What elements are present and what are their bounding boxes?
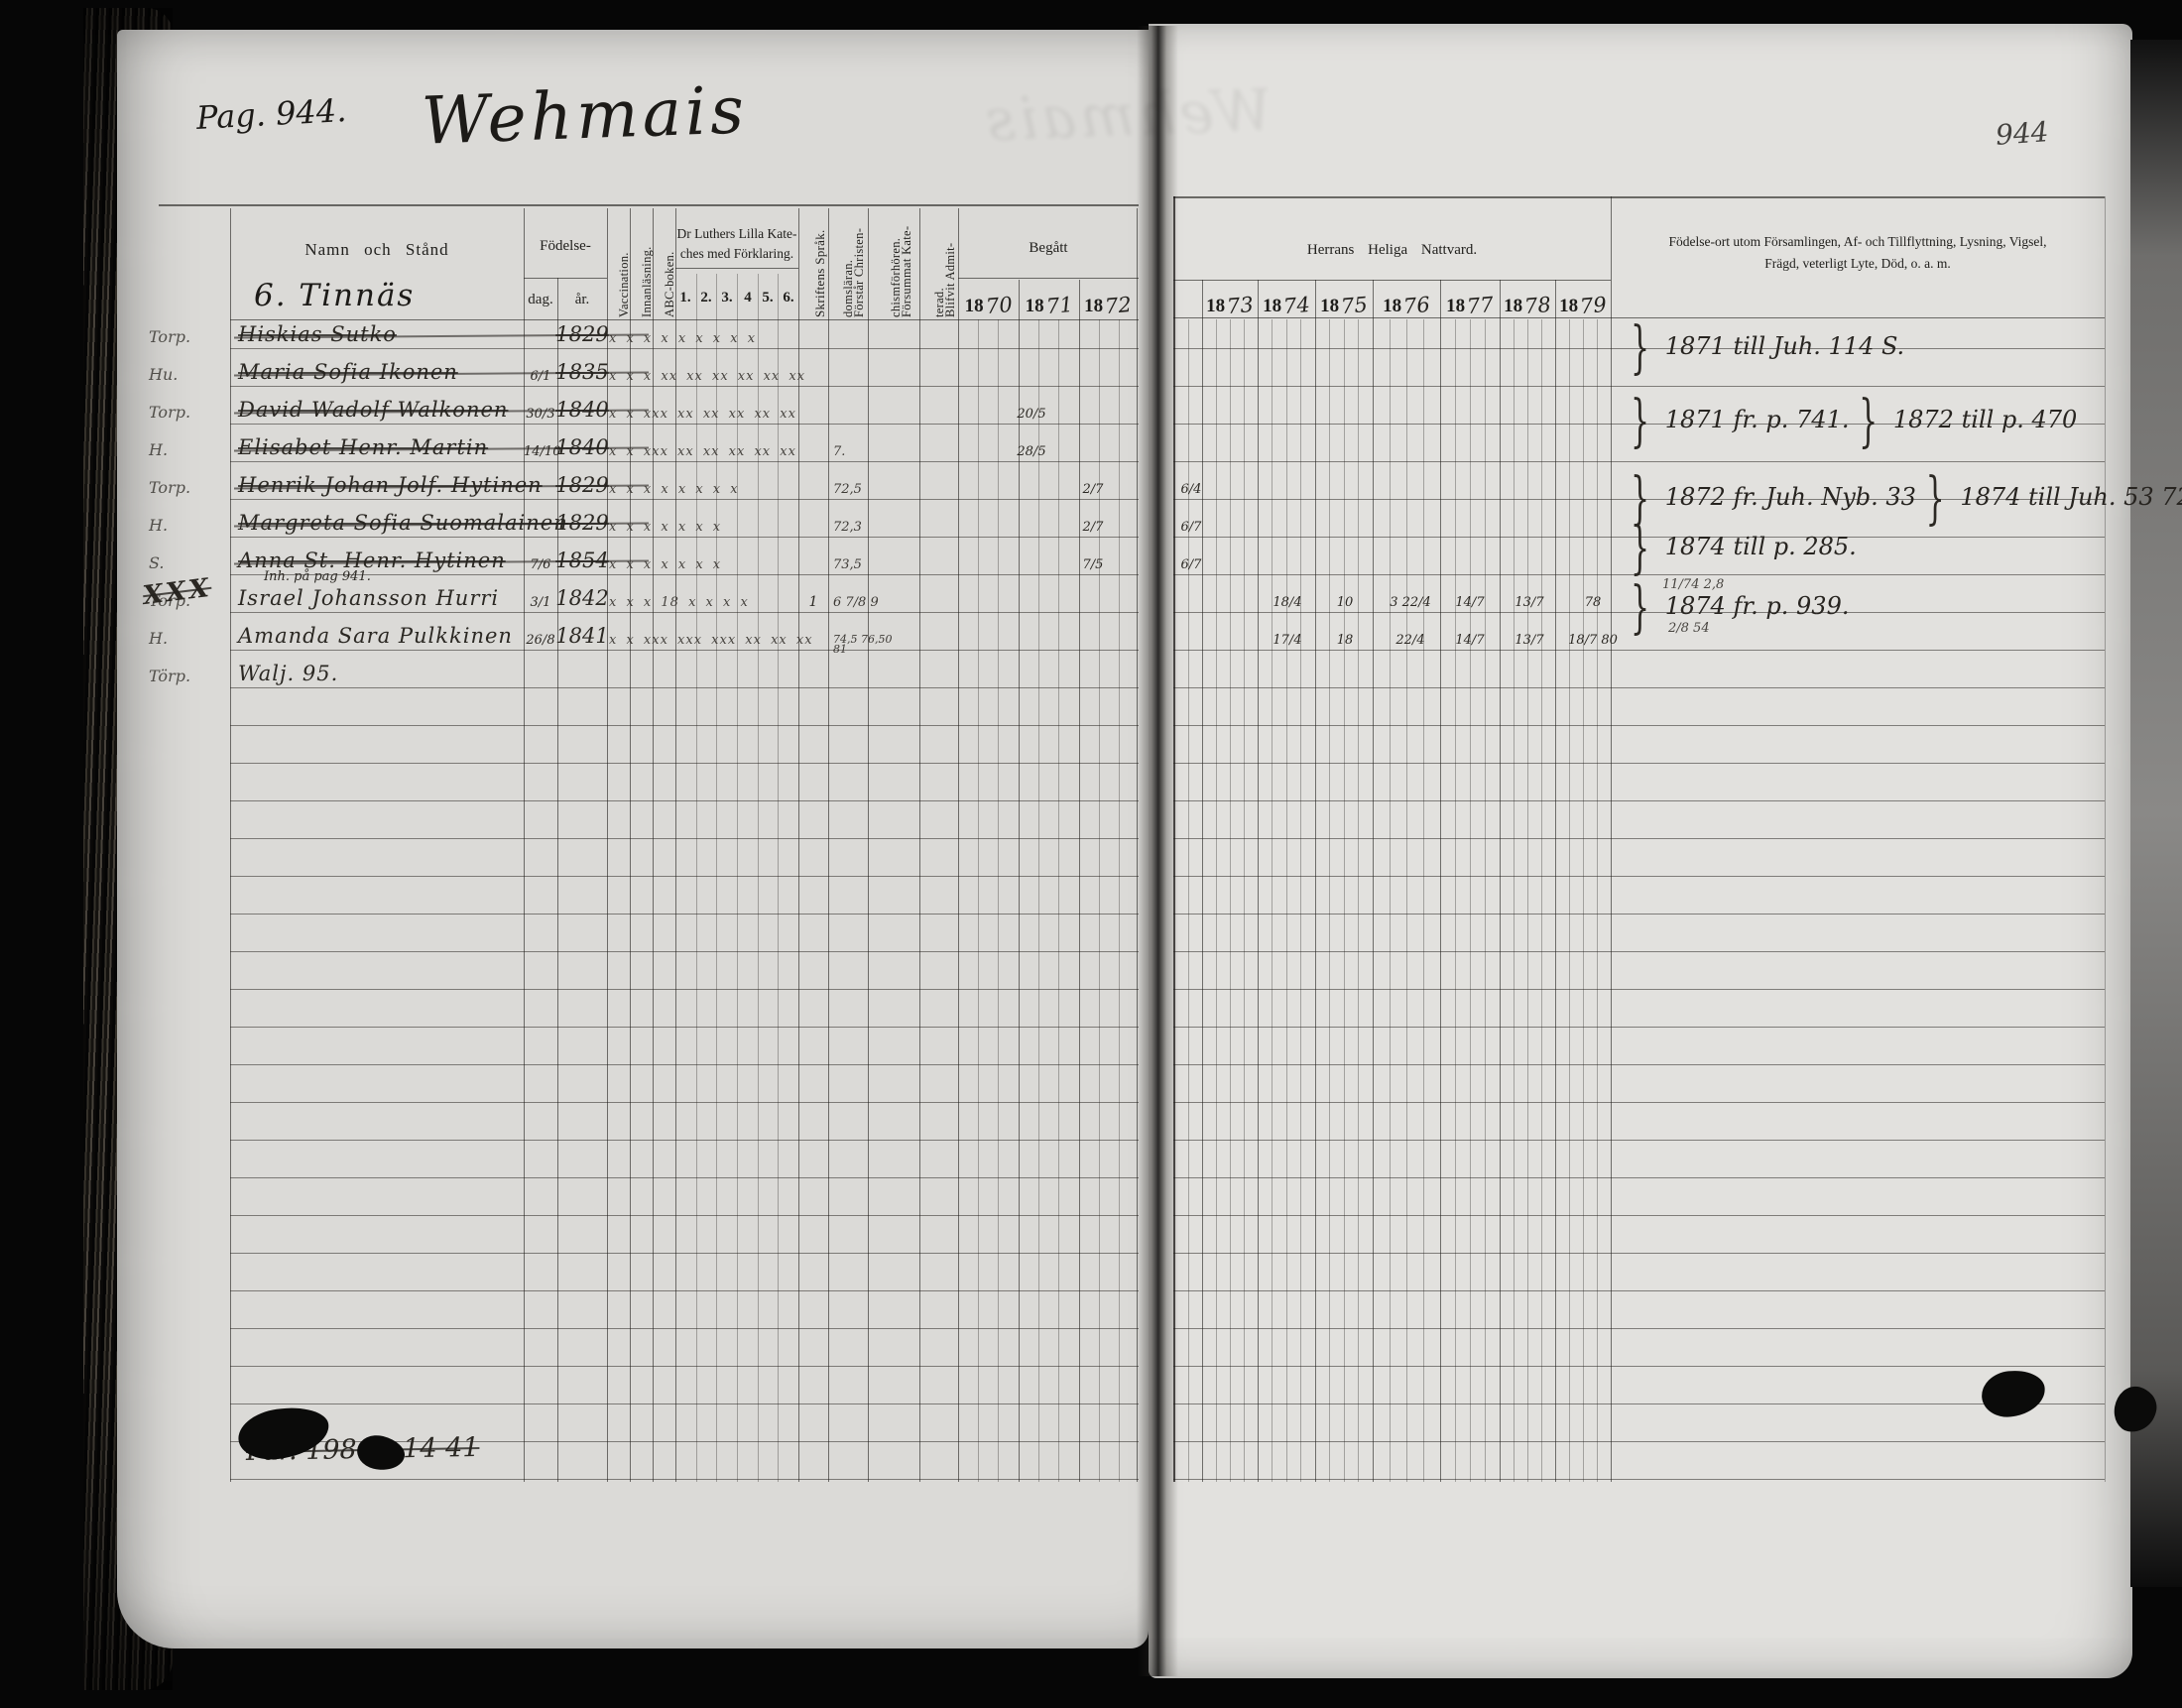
birth-year: 1829 [555,473,609,497]
annotation-small-above: 11/74 2,8 [1662,577,1724,592]
brace-mark: } [1631,516,1649,582]
annotation-text: 1872 till p. 470 [1893,406,2077,433]
communion-mark-1877: 14/7 [1446,633,1494,648]
column-header-catechism-line1: Dr Luthers Lilla Kate- [672,226,801,242]
reference-note: Inh. på pag 941. [264,569,371,584]
communion-mark-1879: 78 [1563,595,1623,610]
examination-note: 6 7/8 9 [833,595,916,610]
page-label: Pag. 944. [195,91,347,137]
birth-day: 6/1 [524,369,557,384]
annotation: } 1871 till Juh. 114 S. [1629,331,1904,366]
communion-mark-1871: 20/5 [1010,407,1053,422]
reading-marks: x x xxx xx xx xx xx xx [609,407,799,422]
communion-mark-1874: 17/4 [1264,633,1311,648]
communion-mark-1877: 14/7 [1446,595,1494,610]
catechism-col-6: 6. [779,290,798,306]
row-name: David Wadolf Walkonen [238,398,508,422]
column-header-neglected: Försummat Kate-chismförhören. [877,214,912,317]
column-header-holy-communion: Herrans Heliga Nattvard. [1173,242,1611,259]
birth-year: 1829 [555,322,609,346]
catechism-col-4: 4 [738,290,758,306]
reading-marks: x x x xx xx xx xx xx xx [609,369,799,384]
book-gutter [1137,26,1178,1676]
row-prefix: Torp. [149,478,228,497]
row-name: Maria Sofia Ikonen [238,360,458,384]
examination-note: 72,5 [833,482,916,497]
examination-note: 72,3 [833,520,916,535]
row-prefix: H. [149,629,228,648]
catechism-col-2: 2. [696,290,716,306]
annotation-small-below: 2/8 54 [1668,621,1710,636]
reading-marks: x x xxx xxx xxx xx xx xx [609,633,799,648]
annotation: } 1872 fr. Juh. Nyb. 33 } 1874 till Juh.… [1629,482,2182,517]
column-header-remarks-line1: Födelse-ort utom Församlingen, Af- och T… [1627,234,2089,250]
communion-mark-1873: 6/7 [1174,520,1208,535]
row-prefix: H. [149,516,228,535]
annotation: } 11/74 2,8 1874 fr. p. 939. 2/8 54 [1629,591,1849,626]
reading-marks: x x xxx xx xx xx xx xx [609,444,799,459]
reading-marks: x x x 18 x x x x [609,595,799,610]
row-prefix: Torp. [149,403,228,422]
communion-mark-1875: 10 [1323,595,1367,610]
birth-year: 1840 [555,435,609,459]
birth-day: 3/1 [524,595,557,610]
brace-mark: } [1631,575,1649,642]
column-header-admitted: Blifvit Admit-terad. [926,214,956,317]
communion-mark-1874: 18/4 [1264,595,1311,610]
annotation: } 1871 fr. p. 741. } 1872 till p. 470 [1629,405,2077,439]
communion-mark-1872: 2/7 [1073,482,1113,497]
communion-mark-1872: 7/5 [1073,557,1113,572]
communion-mark-1871: 28/5 [1010,444,1053,459]
column-header-vaccination: Vaccination. [610,214,630,317]
birth-day: 26/8 [524,633,557,648]
row-name: Walj. 95. [238,662,338,685]
column-header-birth-day: dag. [524,292,557,308]
row-name: Hiskias Sutko [238,322,397,346]
birth-day: 30/3 [524,407,557,422]
examination-note: 73,5 [833,557,916,572]
annotation-text: 1871 till Juh. 114 S. [1665,332,1904,360]
catechism-col-5: 5. [758,290,778,306]
row-name: Margreta Sofia Suomalainen [238,511,568,535]
birth-day: 14/10 [524,444,557,459]
scripture-mark: 1 [801,594,825,610]
catechism-col-3: 3. [717,290,737,306]
reading-marks: x x x x x x x x [609,482,799,497]
birth-year: 1842 [555,586,609,610]
section-label: 6. Tinnäs [254,278,415,313]
birth-year: 1835 [555,360,609,384]
column-header-birth: Födelse- [524,238,607,255]
column-header-scripture: Skriftens Språk. [805,214,825,317]
annotation-text: 1872 fr. Juh. Nyb. 33 [1665,483,1916,511]
communion-mark-1875: 18 [1323,633,1367,648]
brace-mark: } [1926,466,1945,533]
annotation-text: 1874 fr. p. 939. [1665,592,1850,620]
communion-mark-1876: 3 22/4 [1381,595,1440,610]
birth-year: 1841 [555,624,609,648]
communion-mark-1872: 2/7 [1073,520,1113,535]
communion-mark-1878: 13/7 [1506,633,1553,648]
communion-mark-1876: 22/4 [1381,633,1440,648]
row-name: Elisabet Henr. Martin [238,435,488,459]
register-row: H. Amanda Sara Pulkkinen 26/8 1841 x x x… [0,613,2182,651]
column-header-understands: Förstår Christen-domsläran. [833,214,865,317]
reading-marks: x x x x x x x x x [609,331,799,346]
catechism-col-1: 1. [675,290,695,306]
page-number-right: 944 [1995,115,2050,152]
reading-marks: x x x x x x x [609,557,799,572]
row-prefix: S. [149,553,228,572]
brace-mark: } [1631,315,1649,382]
column-header-communion-begun: Begått [958,240,1139,257]
annotation-text: 1874 till p. 285. [1665,533,1857,560]
annotation: } 1874 till p. 285. [1629,532,1857,566]
column-header-catechism-line2: ches med Förklaring. [672,246,801,262]
column-header-birth-year: år. [557,292,607,308]
birth-year: 1854 [555,549,609,572]
birth-year: 1840 [555,398,609,422]
reading-marks: x x x x x x x [609,520,799,535]
communion-mark-1878: 13/7 [1506,595,1553,610]
communion-mark-1873: 6/4 [1174,482,1208,497]
page-title: Wehmais [421,71,749,159]
row-prefix: H. [149,440,228,459]
row-prefix: Torp. [149,327,228,346]
communion-mark-1873: 6/7 [1174,557,1208,572]
register-row: Törp. Walj. 95. [0,651,2182,688]
row-name: Henrik Johan Jolf. Hytinen [238,473,543,497]
brace-mark: } [1631,389,1649,455]
scanned-register-page: Pag. 944. Wehmais Wehmais 944 [0,0,2182,1708]
scanner-background [2130,40,2182,1587]
examination-note: 7. [833,444,916,459]
annotation-text: 1871 fr. p. 741. [1665,406,1850,433]
row-name: Amanda Sara Pulkkinen [238,624,513,648]
column-header-name: Namn och Stånd [230,240,524,260]
column-header-reading: Innanläsning. [633,214,653,317]
title-bleed-through: Wehmais [981,76,1273,154]
row-prefix: Hu. [149,365,228,384]
brace-mark: } [1859,389,1878,455]
annotation-text: 1874 till Juh. 53 72. [1960,483,2182,511]
row-name: Israel Johansson Hurri [238,586,499,610]
row-prefix: Törp. [149,667,228,685]
communion-mark-1879: 18/7 80 [1563,633,1623,648]
birth-day: 7/6 [524,557,557,572]
column-header-remarks-line2: Frägd, veterligt Lyte, Död, o. a. m. [1627,256,2089,272]
birth-year: 1829 [555,511,609,535]
